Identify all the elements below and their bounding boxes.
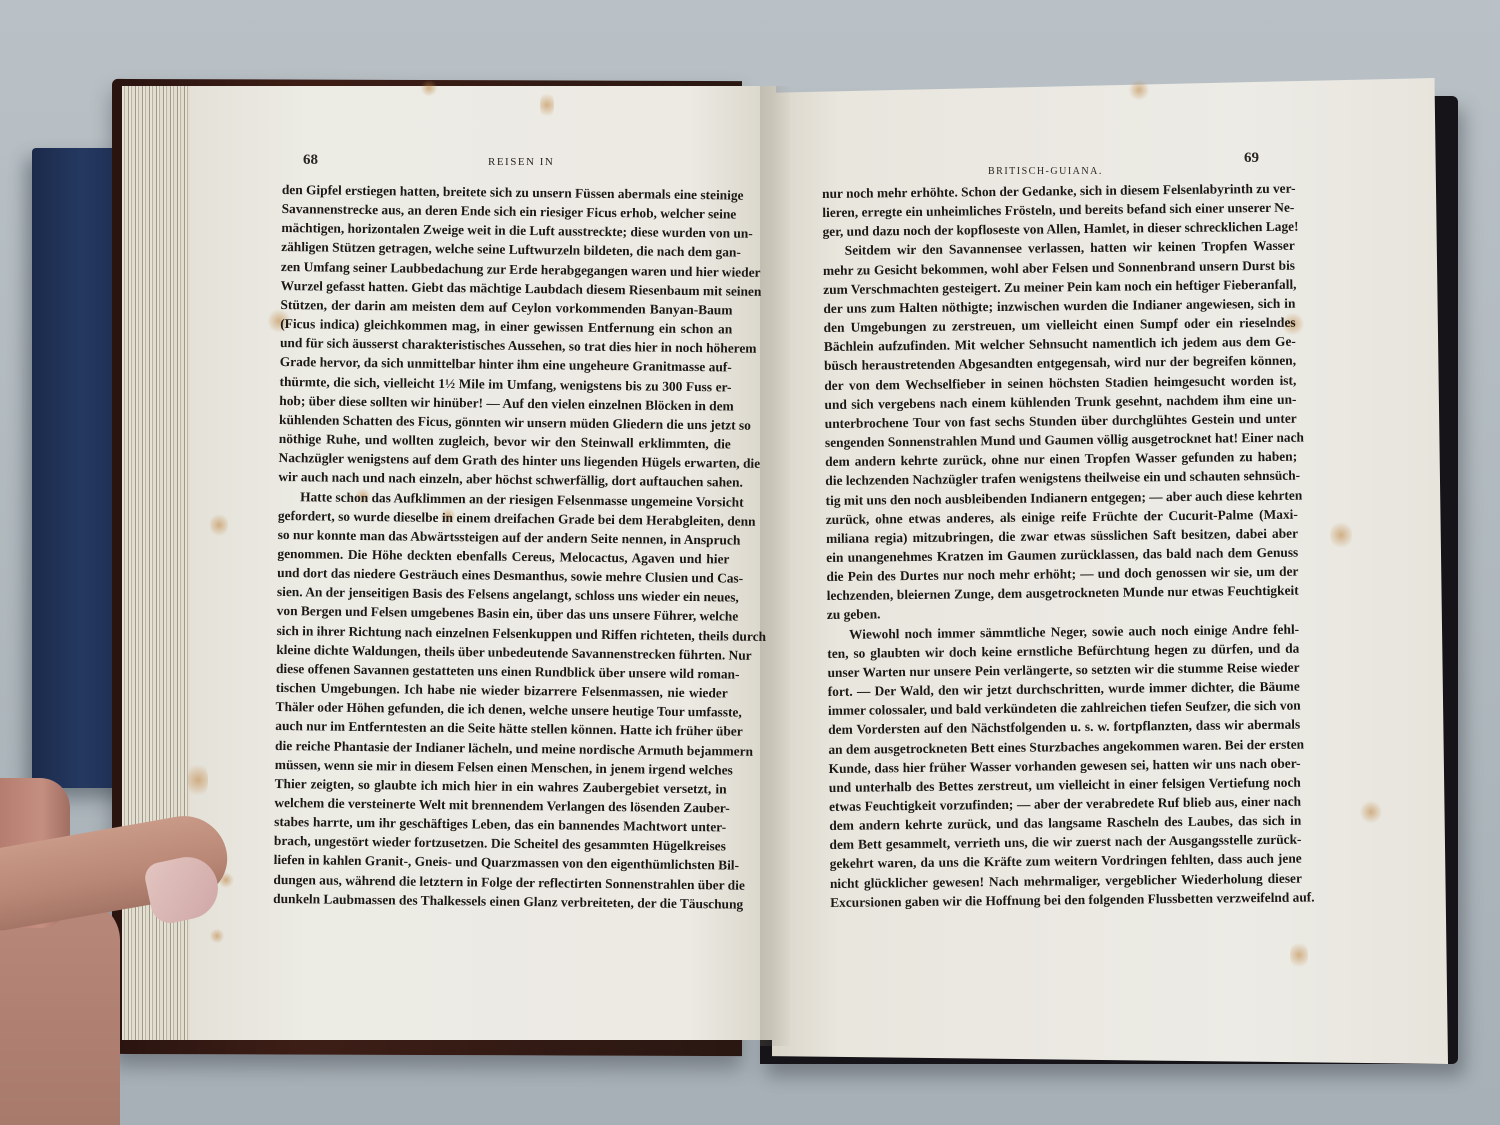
photo-scene: 68 REISEN IN 69 BRITISCH-GUIANA. den Gip… xyxy=(0,0,1500,1125)
foxing-stain xyxy=(188,760,208,800)
page-number-left: 68 xyxy=(303,152,318,169)
right-page-body: nur noch mehr erhöhte. Schon der Gedanke… xyxy=(822,179,1302,912)
running-head-right: BRITISCH-GUIANA. xyxy=(988,166,1103,177)
left-page-body: den Gipfel erstiegen hatten, breitete si… xyxy=(273,180,734,913)
foxing-stain xyxy=(1330,520,1352,550)
foxing-stain xyxy=(1128,80,1150,100)
foxing-stain xyxy=(1290,940,1308,970)
page-number-right: 69 xyxy=(1244,150,1259,167)
hand-palm xyxy=(0,900,120,1125)
book-gutter xyxy=(760,86,790,1046)
foxing-stain xyxy=(540,90,554,120)
foxing-stain xyxy=(420,80,438,96)
running-head-left: REISEN IN xyxy=(488,156,554,168)
foxing-stain xyxy=(1360,800,1382,824)
foxing-stain xyxy=(210,928,224,944)
foxing-stain xyxy=(210,512,228,538)
